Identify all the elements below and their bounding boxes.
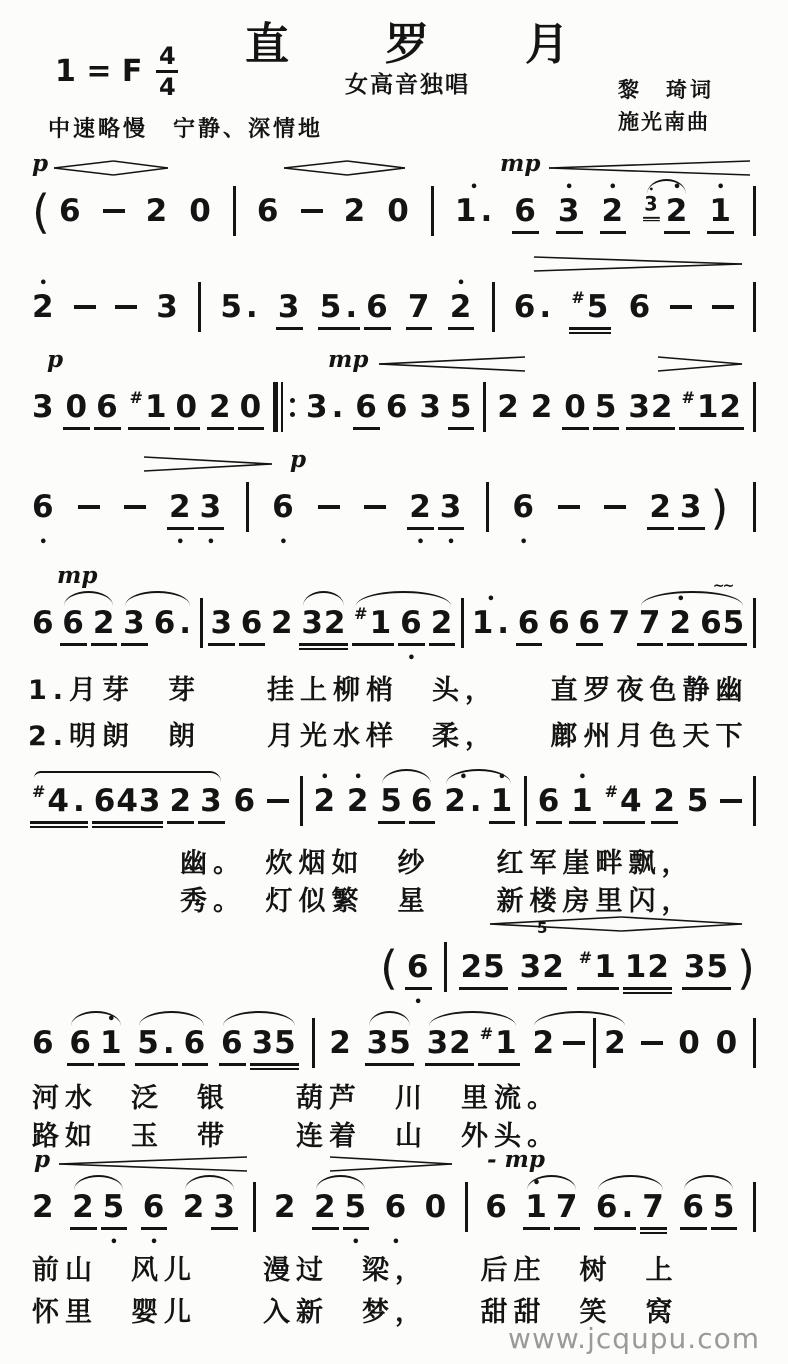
voice-type-subtitle: 女高音独唱 (345, 66, 470, 99)
lyricist-credit: 黎 琦词 (618, 74, 714, 104)
jianpu-note: 32 (427, 1014, 472, 1085)
jianpu-note: 35 (684, 938, 729, 1009)
jianpu-note: 2 (329, 1014, 352, 1085)
dash-note (604, 478, 626, 549)
slur-group: 23 (183, 1178, 236, 1249)
jianpu-note: 5. (220, 278, 258, 349)
jianpu-note: 3 (200, 772, 223, 843)
jianpu-note: 7 (609, 594, 632, 665)
jianpu-note: 6 (366, 278, 389, 349)
dash-note (115, 278, 137, 349)
dash-note (124, 478, 146, 549)
jianpu-note: 5 (380, 772, 403, 843)
jianpu-note: 6• (32, 478, 55, 549)
jianpu-note: 0 (189, 182, 212, 253)
dynamic-mark: mp (500, 150, 540, 177)
jianpu-note: 6 (257, 182, 280, 253)
jianpu-note: 6. (514, 278, 552, 349)
jianpu-note: 6 (355, 378, 378, 449)
open-paren: ( (380, 938, 399, 1009)
jianpu-note: 6• (407, 938, 430, 1009)
jianpu-note: 0 (564, 378, 587, 449)
note-group: 66 (355, 378, 408, 449)
dash-note (558, 478, 580, 549)
jianpu-note: 65∼∼ (700, 594, 745, 665)
jianpu-note: 2 (497, 378, 520, 449)
jianpu-note: #1 (480, 1014, 518, 1085)
hairpin-decresc (142, 456, 274, 476)
notes-row: (620620•1.6•3•2•3•2•1 (32, 182, 756, 253)
jianpu-note: 2 (431, 594, 454, 665)
jianpu-note: •1. (472, 594, 510, 665)
jianpu-note: •2 (602, 182, 625, 253)
lyric-line: 河水 泛 银 葫芦 川 里流。 (32, 1080, 560, 1118)
jianpu-note: 6 (386, 378, 409, 449)
music-system-3: pmp306#10203.6635220532#12 (32, 352, 756, 449)
jianpu-note: 5. (137, 1014, 175, 1085)
jianpu-note: 35 (252, 1014, 297, 1085)
dash-glyph (720, 799, 742, 803)
note-group: 35) (684, 938, 756, 1009)
dash-glyph (364, 505, 386, 509)
note-group: 5.6 (320, 278, 389, 349)
slur-group: 36. (123, 594, 192, 665)
dash-glyph (115, 305, 137, 309)
slur-group: •2.•1 (444, 772, 513, 843)
jianpu-note: 2 (344, 182, 367, 253)
dynamics-row: mp (32, 568, 756, 594)
grace-note: •3 (644, 186, 658, 230)
barline (431, 182, 434, 253)
jianpu-note: 2 (169, 772, 192, 843)
jianpu-note: #4 (605, 772, 643, 843)
jianpu-note: 2• (409, 478, 432, 549)
hairpin-cresc (547, 160, 752, 180)
sheet-music-page: 直 罗 月 1 = F 4 4 女高音独唱 黎 琦词 施光南曲 中速略慢 宁静、… (0, 0, 788, 1364)
jianpu-note: 2 (146, 182, 169, 253)
close-paren: ) (711, 478, 730, 549)
note-group: #10 (130, 378, 199, 449)
jianpu-note: •2 (347, 772, 370, 843)
barline (246, 478, 249, 549)
dash-note (103, 182, 125, 253)
jianpu-note: 6 (96, 378, 119, 449)
slur-group: •17 (525, 1178, 578, 1249)
barline (593, 1014, 596, 1085)
dash-note (670, 278, 692, 349)
jianpu-note: •2 (450, 278, 473, 349)
dash-note (364, 478, 386, 549)
dynamic-mark: p (290, 446, 306, 473)
jianpu-note: 0 (678, 1014, 701, 1085)
dynamics-row: pmp (32, 156, 756, 182)
jianpu-note: 6. (154, 594, 192, 665)
music-system-7: #4.643236•2•256•2.•16•1#425 (32, 772, 756, 843)
jianpu-note: 6 (578, 594, 601, 665)
note-group: #112 (579, 938, 670, 1009)
slur-group: 62 (62, 594, 115, 665)
slur-group: 635 (221, 1014, 297, 1085)
hairpin-cresc (57, 1156, 249, 1176)
jianpu-note: 2 (93, 594, 116, 665)
jianpu-note: •2 (32, 278, 55, 349)
dash-glyph (641, 1041, 663, 1045)
dash-note (78, 478, 100, 549)
barline (524, 772, 527, 843)
jianpu-note: 6 (233, 772, 256, 843)
jianpu-note: •1 (525, 1178, 548, 1249)
composer-credit: 施光南曲 (618, 106, 710, 136)
barline (253, 1178, 256, 1249)
dash-note (563, 1014, 585, 1085)
slur-group: #4.64323 (32, 772, 223, 843)
jianpu-note: 6 (548, 594, 571, 665)
jianpu-note: 7 (556, 1178, 579, 1249)
time-signature: 4 4 (156, 44, 178, 99)
barline (444, 938, 447, 1009)
jianpu-note: 6 (69, 1014, 92, 1085)
note-group: 35 (419, 378, 472, 449)
jianpu-note: 6 (221, 1014, 244, 1085)
jianpu-note: 2 (209, 378, 232, 449)
dash-note (641, 1014, 663, 1085)
jianpu-note: 6• (512, 478, 535, 549)
jianpu-note: 6 (514, 182, 537, 253)
slur-group: 25• (314, 1178, 367, 1249)
jianpu-note: 2 (72, 1178, 95, 1249)
barline (753, 1014, 756, 1085)
dash-note (720, 772, 742, 843)
music-system-12: p- mp225•6•23225•6•06•176.765 (32, 1152, 756, 1249)
jianpu-note: 2 (649, 478, 672, 549)
lyrics-block: 幽。 炊烟如 纱 红军崖畔飘，秀。 灯似繁 星 新楼房里闪， (180, 845, 695, 921)
jianpu-note: 2 (653, 772, 676, 843)
hairpin-dia (488, 916, 744, 936)
dash-glyph (670, 305, 692, 309)
barline (753, 1178, 756, 1249)
dynamic-mark: mp (57, 562, 97, 589)
slur-group: 22 (532, 1014, 626, 1085)
repeat-start-barline (273, 378, 295, 449)
jianpu-note: 3. (306, 378, 344, 449)
notes-row: •235.35.67•26.#56 (32, 278, 756, 349)
dynamic-mark: - mp (487, 1146, 545, 1173)
note-group: 23) (649, 478, 729, 549)
dash-glyph (74, 305, 96, 309)
jianpu-note: 12 (625, 938, 670, 1009)
music-system-4: p6•2•3•6•2•3•6•23) (32, 452, 756, 549)
jianpu-note: 3• (440, 478, 463, 549)
note-group: 2•3• (169, 478, 222, 549)
note-group: (6• (380, 938, 430, 1009)
jianpu-note: 6• (272, 478, 295, 549)
dynamics-row: p (32, 452, 756, 478)
hairpin-decresc (532, 256, 744, 276)
jianpu-note: #5 (571, 278, 609, 349)
dash-glyph (563, 1041, 585, 1045)
lyric-line: 前山 风儿 漫过 梁， 后庄 树 上 (32, 1250, 679, 1292)
jianpu-note: #12 (681, 378, 742, 449)
jianpu-note: 3 (156, 278, 179, 349)
jianpu-note: 2 (532, 1014, 555, 1085)
jianpu-note: 3 (210, 594, 233, 665)
dash-note (318, 478, 340, 549)
dash-glyph (604, 505, 626, 509)
lyric-line: 路如 玉 带 连着 山 外头。 (32, 1118, 560, 1156)
slur-group: 32 (301, 594, 346, 665)
barline (753, 182, 756, 253)
slur-group: 6.7 (596, 1178, 665, 1249)
barline (753, 772, 756, 843)
jianpu-note: #4. (32, 772, 86, 843)
dynamics-row (32, 912, 756, 938)
jianpu-note: 3• (200, 478, 223, 549)
watermark-text: www.jcqupu.com (508, 1322, 760, 1355)
barline (233, 182, 236, 253)
jianpu-note: 3 (419, 378, 442, 449)
meter-denominator: 4 (159, 75, 176, 99)
jianpu-note: 6 (241, 594, 264, 665)
jianpu-note: •1. (455, 182, 493, 253)
slur-group: 56 (380, 772, 433, 843)
jianpu-note: 5 (687, 772, 710, 843)
jianpu-note: 2• (169, 478, 192, 549)
notes-row: #4.643236•2•256•2.•16•1#425 (32, 772, 756, 843)
jianpu-note: 6 (682, 1178, 705, 1249)
lyrics-block: 1.月芽 芽 挂上柳梢 头， 直罗夜色静幽2.明朗 朗 月光水样 柔， 鄜州月色… (28, 668, 749, 760)
barline (465, 1178, 468, 1249)
note-group: 05 (564, 378, 617, 449)
hairpin-decresc (656, 356, 744, 376)
jianpu-note: 7 (642, 1178, 665, 1249)
barline (483, 378, 486, 449)
close-paren: ) (737, 938, 756, 1009)
jianpu-note: 35 (367, 1014, 412, 1085)
music-system-10: 66•15.663523532#12200 (32, 1014, 756, 1085)
note-group: 32#12 (628, 378, 742, 449)
jianpu-note: 5 (713, 1178, 736, 1249)
key-label: 1 = F (55, 54, 142, 89)
jianpu-note: •2 (669, 594, 692, 665)
jianpu-note: 2 (531, 378, 554, 449)
slur-group: 25• (72, 1178, 125, 1249)
dash-note (74, 278, 96, 349)
jianpu-note: 6 (485, 1178, 508, 1249)
dynamics-row (32, 252, 756, 278)
jianpu-note: 3 (123, 594, 146, 665)
hairpin-dia (52, 160, 170, 180)
barline (753, 594, 756, 665)
dash-glyph (301, 209, 323, 213)
jianpu-note: •2 (313, 772, 336, 843)
barline (200, 594, 203, 665)
repeat-glyph (273, 390, 295, 424)
dash-glyph (712, 305, 734, 309)
dash-glyph (318, 505, 340, 509)
slur-group: 6•1 (69, 1014, 122, 1085)
jianpu-note: 3 (680, 478, 703, 549)
jianpu-note: 0 (387, 182, 410, 253)
jianpu-note: 2 (271, 594, 294, 665)
slur-group: 32#1 (427, 1014, 518, 1085)
music-system-2: •235.35.67•26.#56 (32, 252, 756, 349)
slur-group: 35 (367, 1014, 412, 1085)
jianpu-note: •1 (709, 182, 732, 253)
jianpu-note: 6 (184, 1014, 207, 1085)
jianpu-note: 6 (32, 594, 55, 665)
hairpin-decresc (328, 1156, 454, 1176)
lyrics-block: 河水 泛 银 葫芦 川 里流。路如 玉 带 连着 山 外头。 (32, 1080, 560, 1156)
note-group: 06 (65, 378, 118, 449)
barline (461, 594, 464, 665)
jianpu-note: #1 (354, 594, 392, 665)
jianpu-note: 7 (408, 278, 431, 349)
jianpu-note: 7 (639, 594, 662, 665)
barline (753, 478, 756, 549)
jianpu-note: •1 (491, 772, 514, 843)
dash-glyph (558, 505, 580, 509)
jianpu-note: 6 (629, 278, 652, 349)
jianpu-note: 6 (59, 182, 82, 253)
barline (753, 378, 756, 449)
notes-row: 66236.36232#16•2•1.66677•265∼∼ (32, 594, 756, 665)
jianpu-note: 2 (32, 1178, 55, 1249)
hairpin-cresc (377, 356, 527, 376)
jianpu-note: 0 (716, 1014, 739, 1085)
barline (198, 278, 201, 349)
barline (492, 278, 495, 349)
dash-glyph (78, 505, 100, 509)
jianpu-note: 2 (314, 1178, 337, 1249)
jianpu-note: 0 (176, 378, 199, 449)
dynamics-row: p- mp (32, 1152, 756, 1178)
dynamics-row: pmp (32, 352, 756, 378)
dynamic-mark: p (47, 346, 63, 373)
open-paren: ( (32, 182, 51, 253)
barline (486, 478, 489, 549)
jianpu-note: 5• (103, 1178, 126, 1249)
lyric-line: 1.月芽 芽 挂上柳梢 头， 直罗夜色静幽 (28, 668, 749, 714)
jianpu-note: 0 (240, 378, 263, 449)
jianpu-note: •1 (571, 772, 594, 843)
jianpu-note: 3 (213, 1178, 236, 1249)
key-signature: 1 = F 4 4 (55, 44, 178, 99)
dynamic-mark: p (34, 1146, 50, 1173)
jianpu-note: 5 (450, 378, 473, 449)
jianpu-note: •2. (444, 772, 482, 843)
jianpu-note: 2 (183, 1178, 206, 1249)
dash-glyph (267, 799, 289, 803)
notes-row: 225•6•23225•6•06•176.765 (32, 1178, 756, 1249)
dash-glyph (124, 505, 146, 509)
note-group: (6 (32, 182, 82, 253)
jianpu-note: 6 (538, 772, 561, 843)
jianpu-note: 32 (301, 594, 346, 665)
jianpu-note: 643 (94, 772, 162, 843)
jianpu-note: 6 (411, 772, 434, 843)
jianpu-note: #1 (579, 938, 617, 1009)
jianpu-note: 32 (628, 378, 673, 449)
notes-row: (6•25325#11235) (32, 938, 756, 1009)
jianpu-note: 0 (425, 1178, 448, 1249)
note-group: 20 (209, 378, 262, 449)
jianpu-note: 6 (518, 594, 541, 665)
jianpu-note: 25 (461, 938, 506, 1009)
slur-group: #16•2 (354, 594, 453, 665)
dash-note (267, 772, 289, 843)
hairpin-dia (282, 160, 407, 180)
barline (300, 772, 303, 843)
jianpu-note: 6. (596, 1178, 634, 1249)
barline (753, 278, 756, 349)
jianpu-note: •3 (558, 182, 581, 253)
jianpu-note: 3 (32, 378, 55, 449)
dash-note (301, 182, 323, 253)
jianpu-note: 325 (520, 938, 565, 1009)
jianpu-note: 6• (400, 594, 423, 665)
jianpu-note: 2 (274, 1178, 297, 1249)
jianpu-note: 6• (385, 1178, 408, 1249)
tempo-expression: 中速略慢 宁静、深情地 (48, 112, 323, 143)
music-system-1: pmp(620620•1.6•3•2•3•2•1 (32, 156, 756, 253)
slur-group: 7•265∼∼ (639, 594, 745, 665)
slur-group: •3•2 (645, 182, 688, 253)
jianpu-note: 5. (320, 278, 358, 349)
lyric-line: 2.明朗 朗 月光水样 柔， 鄜州月色天下 (28, 714, 749, 760)
jianpu-note: 2 (604, 1014, 627, 1085)
dynamic-mark: p (32, 150, 48, 177)
jianpu-note: •1 (100, 1014, 123, 1085)
jianpu-note: •2 (666, 182, 689, 253)
dash-note (712, 278, 734, 349)
jianpu-note: 6 (62, 594, 85, 665)
jianpu-note: 6 (32, 1014, 55, 1085)
jianpu-note: 6• (143, 1178, 166, 1249)
jianpu-note: 0 (65, 378, 88, 449)
barline (312, 1014, 315, 1085)
notes-row: 66•15.663523532#12200 (32, 1014, 756, 1085)
slur-group: 5.6 (137, 1014, 206, 1085)
note-group: 2•3• (409, 478, 462, 549)
notes-row: 6•2•3•6•2•3•6•23) (32, 478, 756, 549)
dynamic-mark: mp (328, 346, 368, 373)
lyric-line: 幽。 炊烟如 纱 红军崖畔飘， (180, 845, 695, 883)
meter-numerator: 4 (159, 44, 176, 68)
slur-group: 65 (682, 1178, 735, 1249)
jianpu-note: 5 (595, 378, 618, 449)
music-system-9: (6•25325#11235) (32, 912, 756, 1009)
dash-glyph (103, 209, 125, 213)
notes-row: 306#10203.6635220532#12 (32, 378, 756, 449)
music-system-5: mp66236.36232#16•2•1.66677•265∼∼ (32, 568, 756, 665)
jianpu-note: #1 (130, 378, 168, 449)
jianpu-note: 3 (278, 278, 301, 349)
jianpu-note: 5• (345, 1178, 368, 1249)
